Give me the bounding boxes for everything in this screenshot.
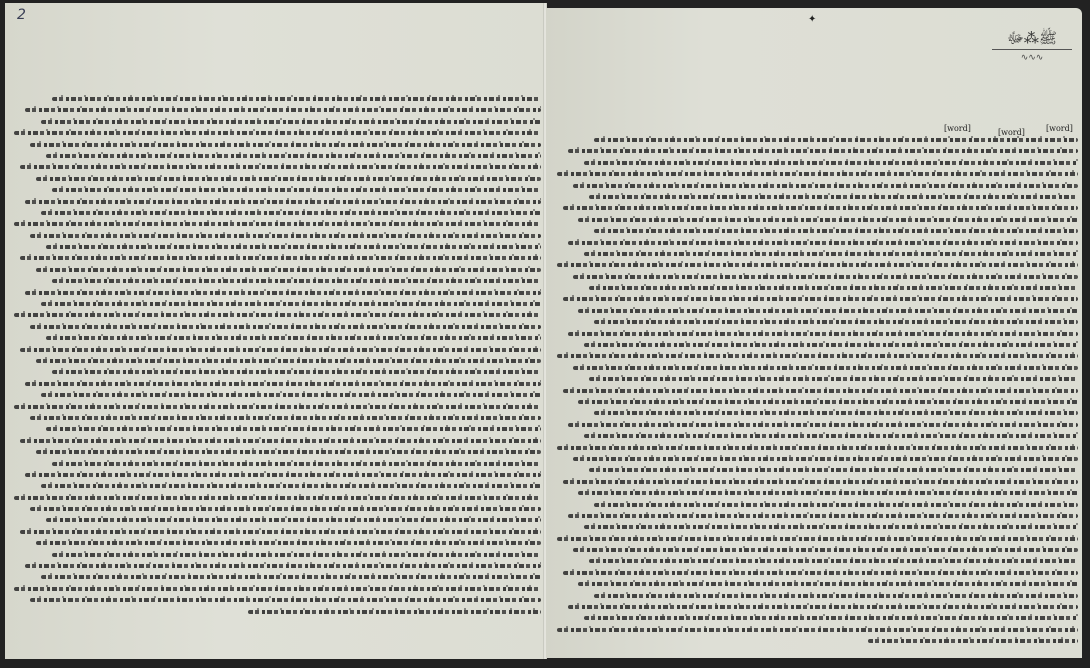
handwritten-line xyxy=(9,390,541,401)
handwritten-line xyxy=(552,579,1078,590)
handwritten-line xyxy=(552,465,1078,476)
handwritten-line xyxy=(552,306,1078,317)
handwritten-line xyxy=(9,527,541,538)
handwritten-line xyxy=(552,329,1078,340)
handwritten-line xyxy=(9,117,541,128)
handwritten-line xyxy=(552,591,1078,602)
handwritten-line xyxy=(9,367,541,378)
handwritten-line xyxy=(552,511,1078,522)
handwritten-line xyxy=(9,242,541,253)
header-word-1: [word] xyxy=(944,124,971,133)
handwritten-line xyxy=(9,595,541,606)
handwritten-line xyxy=(9,151,541,162)
handwritten-line xyxy=(9,379,541,390)
handwritten-line xyxy=(552,602,1078,613)
handwritten-line xyxy=(552,181,1078,192)
letterhead-seal: ﷺ⁂ﷻ ∿∿∿ xyxy=(992,30,1072,63)
handwritten-line xyxy=(552,386,1078,397)
right-page-text xyxy=(552,135,1078,648)
right-page: ✦ ﷺ⁂ﷻ ∿∿∿ [word] [word] [word] xyxy=(546,8,1082,658)
handwritten-line xyxy=(552,522,1078,533)
handwritten-line xyxy=(552,420,1078,431)
handwritten-line xyxy=(9,550,541,561)
handwritten-line xyxy=(9,299,541,310)
handwritten-line xyxy=(9,276,541,287)
handwritten-line xyxy=(552,135,1078,146)
handwritten-line xyxy=(9,94,541,105)
handwritten-line xyxy=(552,363,1078,374)
seal-rule xyxy=(992,49,1072,50)
handwritten-line xyxy=(552,613,1078,624)
handwritten-line xyxy=(552,534,1078,545)
handwritten-line xyxy=(9,561,541,572)
handwritten-line xyxy=(552,317,1078,328)
handwritten-line xyxy=(552,192,1078,203)
handwritten-line xyxy=(552,500,1078,511)
handwritten-line xyxy=(9,572,541,583)
page-number: 2 xyxy=(17,7,26,23)
handwritten-line xyxy=(9,105,541,116)
handwritten-line xyxy=(552,488,1078,499)
handwritten-line xyxy=(9,607,541,618)
handwritten-line xyxy=(552,636,1078,647)
left-page: 2 xyxy=(5,3,545,659)
handwritten-line xyxy=(552,158,1078,169)
handwritten-line xyxy=(9,470,541,481)
handwritten-line xyxy=(552,351,1078,362)
handwritten-line xyxy=(9,493,541,504)
handwritten-line xyxy=(552,249,1078,260)
handwritten-line xyxy=(9,231,541,242)
handwritten-line xyxy=(552,408,1078,419)
handwritten-line xyxy=(552,374,1078,385)
handwritten-line xyxy=(9,447,541,458)
handwritten-line xyxy=(9,174,541,185)
handwritten-line xyxy=(552,454,1078,465)
header-word-3: [word] xyxy=(1046,124,1073,133)
handwritten-line xyxy=(9,310,541,321)
handwritten-line xyxy=(9,288,541,299)
handwritten-line xyxy=(9,322,541,333)
handwritten-line xyxy=(9,538,541,549)
handwritten-line xyxy=(9,436,541,447)
handwritten-line xyxy=(552,146,1078,157)
seal-caption: ∿∿∿ xyxy=(992,53,1072,63)
handwritten-line xyxy=(552,625,1078,636)
handwritten-line xyxy=(552,397,1078,408)
ink-mark: ✦ xyxy=(808,14,816,25)
handwritten-line xyxy=(9,185,541,196)
handwritten-line xyxy=(9,402,541,413)
handwritten-line xyxy=(552,545,1078,556)
handwritten-line xyxy=(9,584,541,595)
handwritten-line xyxy=(552,226,1078,237)
handwritten-line xyxy=(552,203,1078,214)
seal-calligraphy: ﷺ⁂ﷻ xyxy=(992,30,1072,46)
handwritten-line xyxy=(552,169,1078,180)
handwritten-line xyxy=(552,340,1078,351)
handwritten-line xyxy=(552,431,1078,442)
scanned-document: 2 ✦ ﷺ⁂ﷻ ∿∿∿ [word] [word] [word] xyxy=(0,0,1090,668)
handwritten-line xyxy=(9,140,541,151)
handwritten-line xyxy=(9,208,541,219)
handwritten-line xyxy=(552,215,1078,226)
handwritten-line xyxy=(552,272,1078,283)
handwritten-line xyxy=(552,294,1078,305)
handwritten-line xyxy=(9,128,541,139)
handwritten-line xyxy=(9,345,541,356)
left-page-text xyxy=(9,94,541,618)
handwritten-line xyxy=(552,283,1078,294)
handwritten-line xyxy=(9,219,541,230)
handwritten-line xyxy=(552,556,1078,567)
handwritten-line xyxy=(9,515,541,526)
handwritten-line xyxy=(9,333,541,344)
handwritten-line xyxy=(9,413,541,424)
handwritten-line xyxy=(9,356,541,367)
handwritten-line xyxy=(9,424,541,435)
handwritten-line xyxy=(9,459,541,470)
handwritten-line xyxy=(552,443,1078,454)
handwritten-line xyxy=(9,197,541,208)
handwritten-line xyxy=(9,265,541,276)
handwritten-line xyxy=(552,477,1078,488)
handwritten-line xyxy=(9,481,541,492)
handwritten-line xyxy=(552,568,1078,579)
handwritten-line xyxy=(552,260,1078,271)
handwritten-line xyxy=(9,504,541,515)
handwritten-line xyxy=(552,238,1078,249)
handwritten-line xyxy=(9,162,541,173)
handwritten-line xyxy=(9,253,541,264)
